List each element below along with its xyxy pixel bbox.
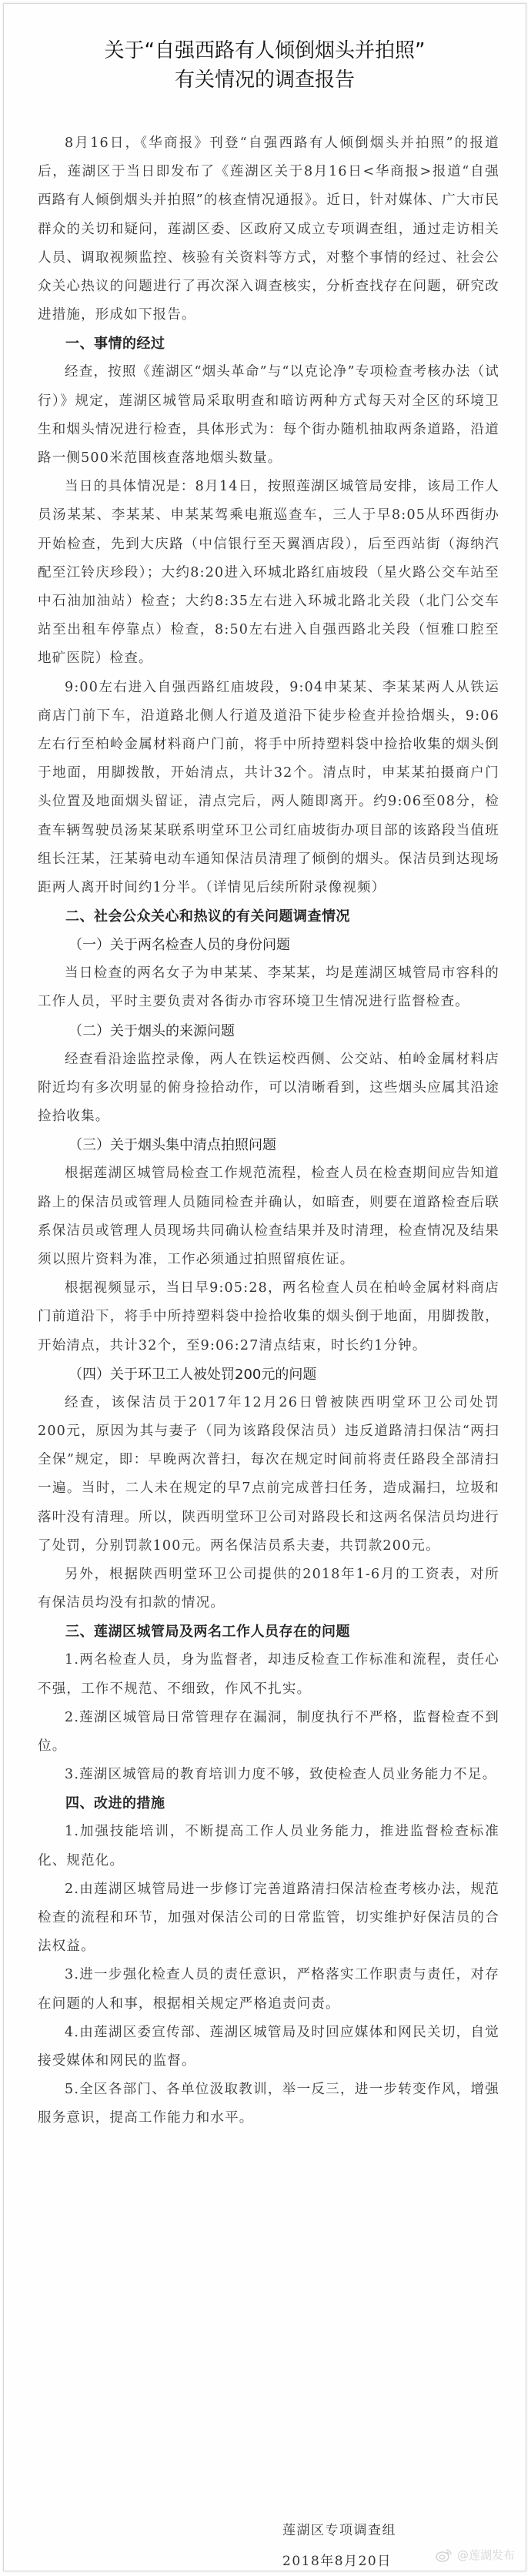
section-3-heading: 三、莲湖区城管局及两名工作人员存在的问题	[38, 1618, 499, 1646]
problem-item: 2.莲湖区城管局日常管理存在漏洞，制度执行不严格，监督检查不到位。	[38, 1704, 499, 1761]
document-body: 8月16日，《华商报》刊登“自强西路有人倾倒烟头并拍照”的报道后，莲湖区于当日即…	[38, 129, 499, 2133]
section-1-paragraph: 9:00左右进入自强西路红庙坡段，9:04申某某、李某某两人从铁运商店门前下车，…	[38, 674, 499, 903]
watermark-text: @莲湖发布	[457, 2547, 515, 2563]
intro-paragraph: 8月16日，《华商报》刊登“自强西路有人倾倒烟头并拍照”的报道后，莲湖区于当日即…	[38, 129, 499, 330]
measure-item: 3.进一步强化检查人员的责任意识，严格落实工作职责与责任，对存在问题的人和事，根…	[38, 1961, 499, 2018]
weibo-icon	[436, 2548, 453, 2562]
measure-item: 5.全区各部门、各单位汲取教训，举一反三，进一步转变作风，增强服务意识，提高工作…	[38, 2076, 499, 2133]
signature-org: 莲湖区专项调查组	[282, 2515, 396, 2546]
subsection-paragraph: 根据莲湖区城管局检查工作规范流程，检查人员在检查期间应告知道路上的保洁员或管理人…	[38, 1159, 499, 1274]
section-1-paragraph: 经查，按照《莲湖区“烟头革命”与“以克论净”专项检查考核办法（试行）》规定，莲湖…	[38, 358, 499, 473]
section-1-paragraph: 当日的具体情况是：8月14日，按照莲湖区城管局安排，该局工作人员汤某某、李某某、…	[38, 473, 499, 673]
problem-item: 3.莲湖区城管局的教育培训力度不够，致使检查人员业务能力不足。	[38, 1761, 499, 1789]
section-2-heading: 二、社会公众关心和热议的有关问题调查情况	[38, 902, 499, 931]
subsection-paragraph: 另外，根据陕西明堂环卫公司提供的2018年1-6月的工资表，对所有保洁员均没有扣…	[38, 1561, 499, 1618]
measure-item: 1.加强技能培训，不断提高工作人员业务能力，推进监督检查标准化、规范化。	[38, 1818, 499, 1875]
subsection-heading: （二）关于烟头的来源问题	[38, 1017, 499, 1045]
problem-item: 1.两名检查人员，身为监督者，却违反检查工作标准和流程，责任心不强，工作不规范、…	[38, 1646, 499, 1703]
section-1-heading: 一、事情的经过	[38, 330, 499, 358]
subsection-heading: （一）关于两名检查人员的身份问题	[38, 931, 499, 959]
signature-date: 2018年8月20日	[282, 2546, 396, 2576]
measure-item: 2.由莲湖区城管局进一步修订完善道路清扫保洁检查考核办法，规范检查的流程和环节，…	[38, 1875, 499, 1962]
document-page: 关于“自强西路有人倾倒烟头并拍照” 有关情况的调查报告 8月16日，《华商报》刊…	[3, 3, 526, 2571]
document-title: 关于“自强西路有人倾倒烟头并拍照” 有关情况的调查报告	[4, 36, 526, 95]
subsection-paragraph: 经查，该保洁员于2017年12月26日曾被陕西明堂环卫公司处罚200元，原因为其…	[38, 1389, 499, 1561]
subsection-heading: （四）关于环卫工人被处罚200元的问题	[38, 1360, 499, 1389]
section-4-heading: 四、改进的措施	[38, 1789, 499, 1818]
subsection-paragraph: 经查看沿途监控录像，两人在铁运校西侧、公交站、柏岭金属材料店附近均有多次明显的俯…	[38, 1045, 499, 1132]
signature-block: 莲湖区专项调查组 2018年8月20日	[282, 2515, 396, 2576]
title-line-1: 关于“自强西路有人倾倒烟头并拍照”	[4, 36, 526, 65]
subsection-heading: （三）关于烟头集中清点拍照问题	[38, 1131, 499, 1159]
subsection-paragraph: 根据视频显示，当日早9:05:28，两名检查人员在柏岭金属材料商店门前道沿下，将…	[38, 1274, 499, 1360]
measure-item: 4.由莲湖区委宣传部、莲湖区城管局及时回应媒体和网民关切，自觉接受媒体和网民的监…	[38, 2019, 499, 2076]
subsection-paragraph: 当日检查的两名女子为申某某、李某某，均是莲湖区城管局市容科的工作人员，平时主要负…	[38, 959, 499, 1016]
weibo-watermark: @莲湖发布	[436, 2547, 515, 2563]
title-line-2: 有关情况的调查报告	[4, 65, 526, 95]
